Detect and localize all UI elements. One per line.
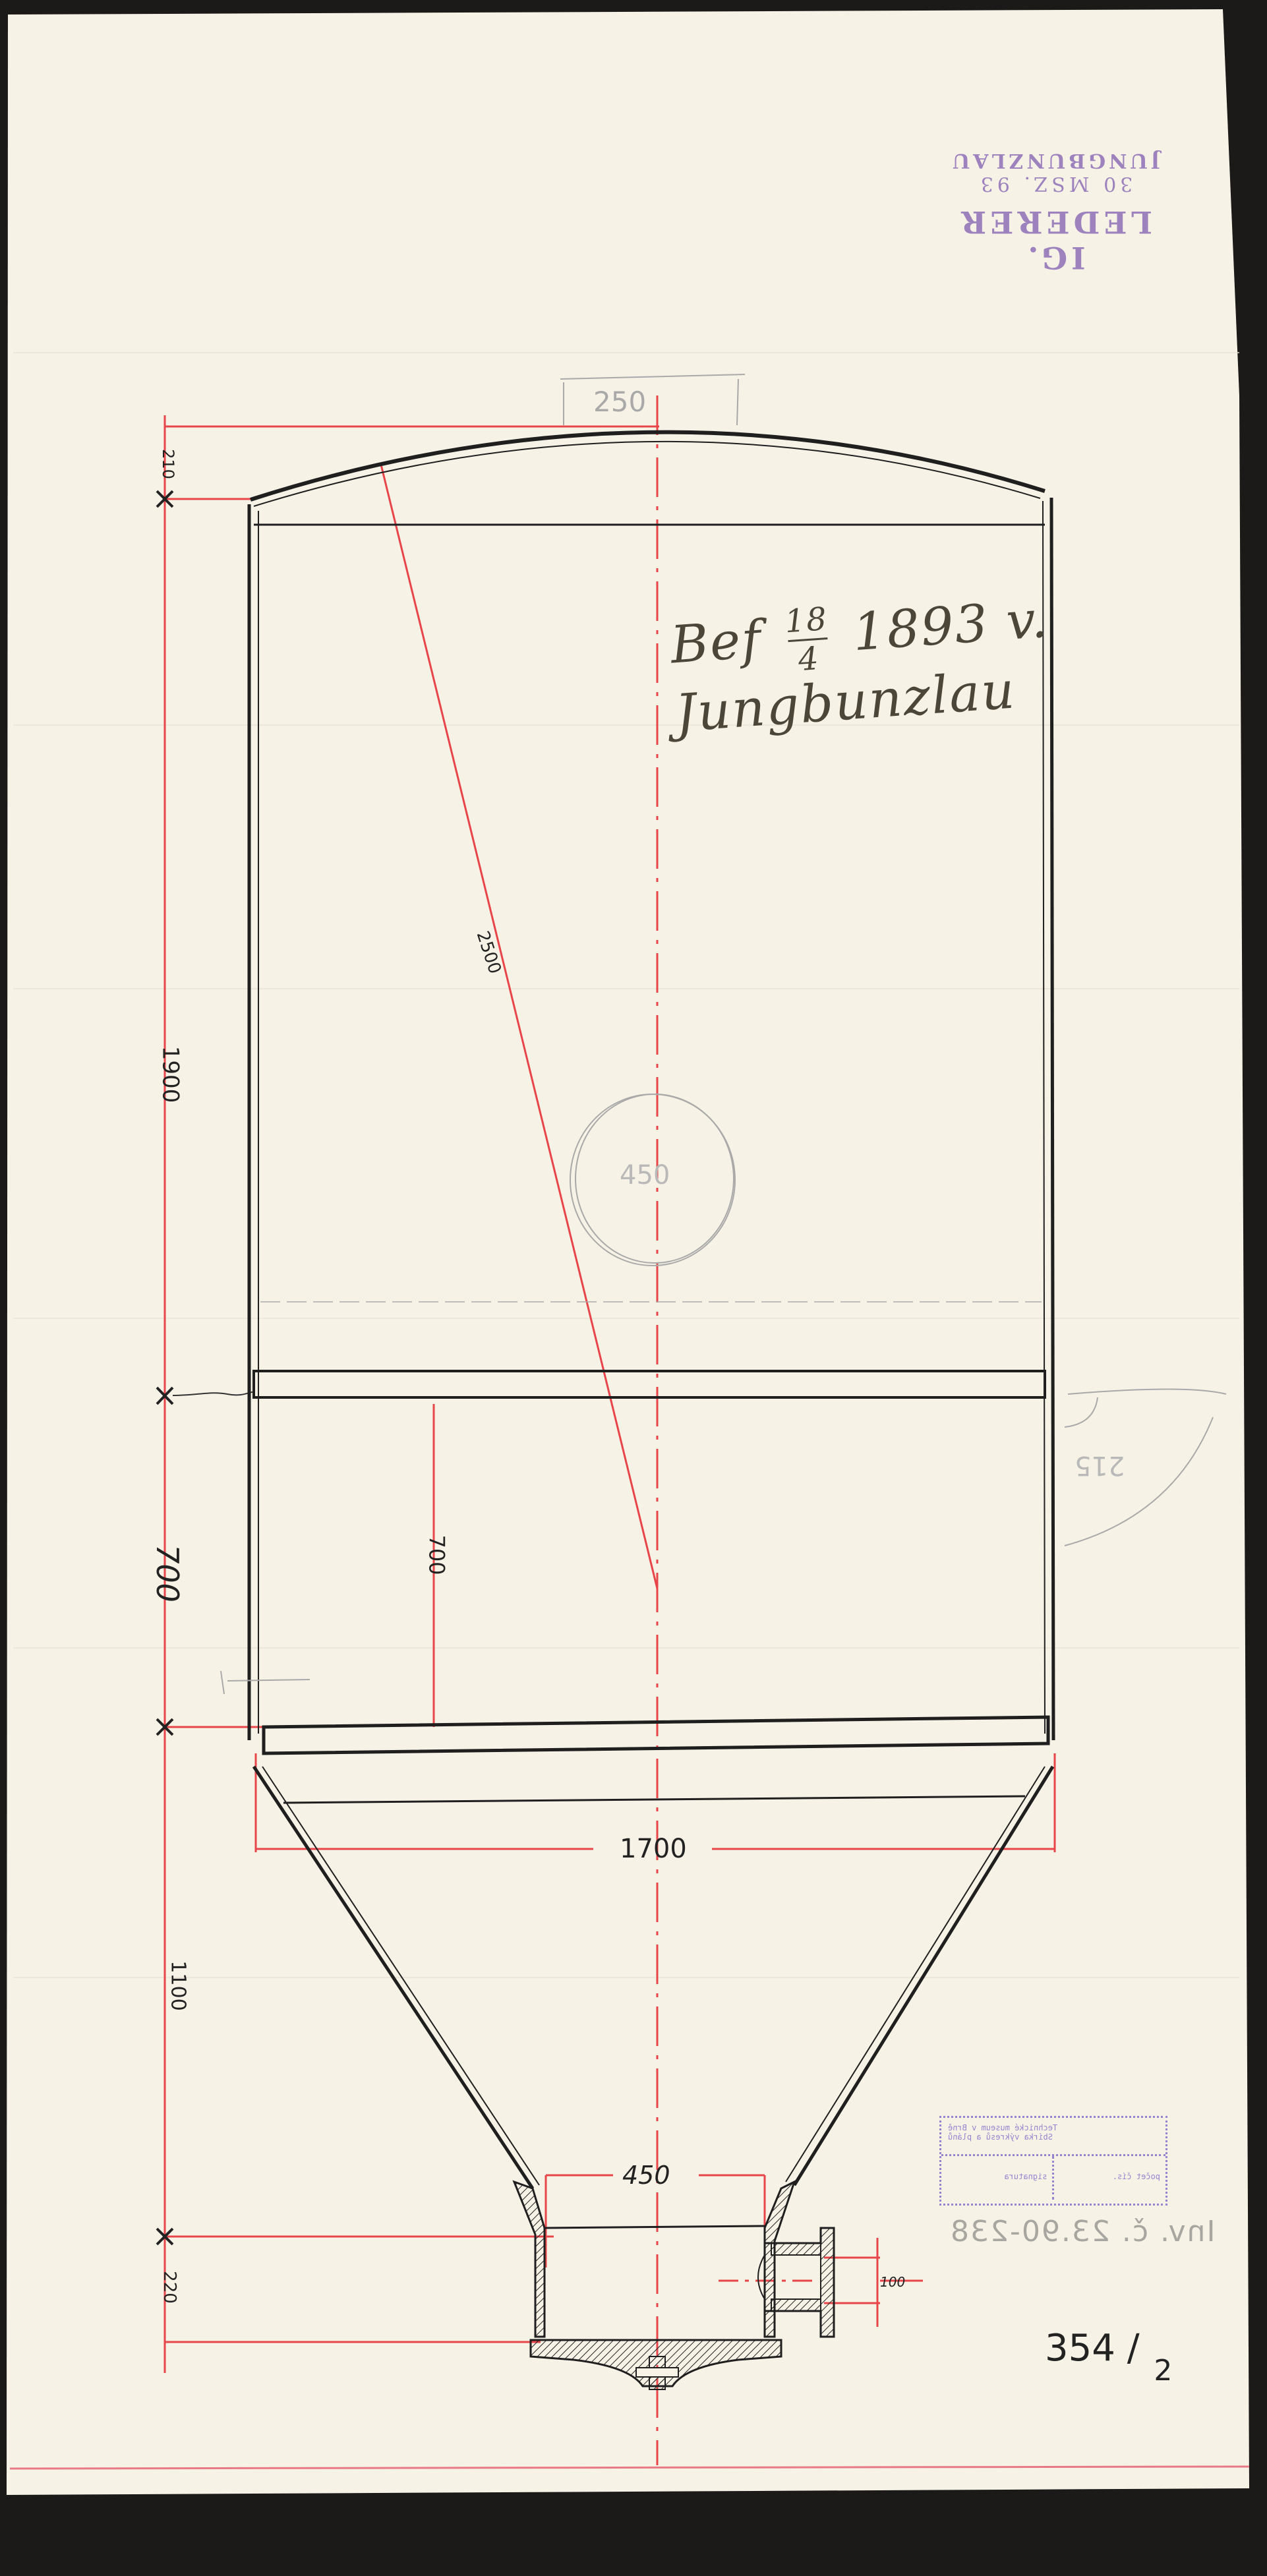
note-month: 4	[786, 642, 831, 676]
dim-lower-shell-height: 700	[150, 1544, 185, 1602]
dim-cylinder-height: 1900	[157, 1046, 183, 1103]
sheet-number: 354 / 2	[1045, 2327, 1172, 2370]
dim-dome-rise: 210	[159, 449, 177, 479]
note-date-fraction: 18 4	[784, 603, 831, 676]
museum-stamp-line1: Technické museum v Brně	[948, 2123, 1159, 2132]
drawing-sheet: 210 1900 700 700 2500 1700 1100 450 220 …	[0, 0, 1267, 2576]
pencil-circle-note: 450	[620, 1160, 670, 1190]
note-day: 18	[784, 603, 829, 637]
note-prefix: Bef	[668, 610, 763, 675]
dim-shell-diameter: 1700	[620, 1834, 687, 1864]
dim-cone-height: 1100	[167, 1960, 190, 2010]
sheet-number-main: 354	[1045, 2327, 1115, 2370]
note-year: 1893	[851, 594, 991, 662]
dim-outlet-diameter: 450	[622, 2161, 670, 2190]
inventory-number: Inv. č. 23.90-238	[949, 2215, 1215, 2248]
stamp-firm: IG. LEDERER	[943, 204, 1167, 276]
dim-outlet-height: 220	[160, 2271, 179, 2304]
pencil-side-note: 215	[1075, 1450, 1125, 1480]
dim-inner-section-height: 700	[425, 1535, 450, 1575]
museum-stamp-line2: Sbírka výkresů a plánů	[948, 2132, 1159, 2142]
manufacturer-stamp: IG. LEDERER 30 MSZ. 93 JUNGBUNZLAU	[943, 165, 1167, 283]
stamp-date: 30 MSZ. 93	[943, 172, 1167, 195]
museum-stamp-count: počet čís.	[1055, 2156, 1166, 2200]
museum-stamp: Technické museum v Brně Sbírka výkresů a…	[939, 2116, 1167, 2206]
sheet-number-sub: 2	[1154, 2354, 1172, 2387]
dim-side-nozzle: 100	[880, 2274, 905, 2290]
museum-stamp-signature: signatura	[941, 2156, 1055, 2200]
stamp-city: JUNGBUNZLAU	[943, 149, 1167, 172]
pencil-top-nozzle: 250	[593, 386, 646, 418]
